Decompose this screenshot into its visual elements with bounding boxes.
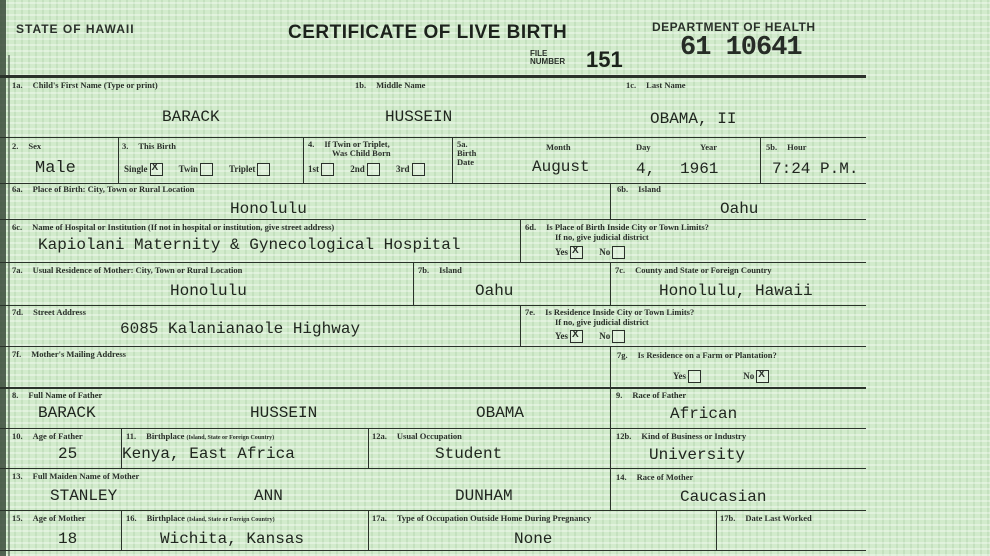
document-left-edge xyxy=(0,0,6,556)
father-business-industry: University xyxy=(649,446,745,464)
vrule-twin xyxy=(452,137,453,183)
file-label-line2: NUMBER xyxy=(530,58,565,66)
hospital-name: Kapiolani Maternity & Gynecological Hosp… xyxy=(38,236,460,254)
this-birth-options: Single Twin Triplet xyxy=(124,163,270,176)
father-birthplace: Kenya, East Africa xyxy=(122,445,295,463)
field-2-label: 2.Sex xyxy=(12,141,41,151)
option-2nd[interactable]: 2nd xyxy=(350,164,380,174)
option-no[interactable]: No xyxy=(599,247,625,257)
field-5a-label: 5a. Birth Date xyxy=(457,140,476,167)
month-label: Month xyxy=(546,142,571,152)
no-checkbox[interactable] xyxy=(756,370,769,383)
residence-in-city-options: Yes No xyxy=(555,330,625,343)
vrule-17a xyxy=(368,510,369,550)
row-rule-8 xyxy=(0,428,866,429)
field-10-label: 10.Age of Father xyxy=(12,431,83,441)
option-single[interactable]: Single xyxy=(124,164,163,174)
field-1a-label: 1a.Child's First Name (Type or print) xyxy=(12,80,158,90)
certificate-title: CERTIFICATE OF LIVE BIRTH xyxy=(288,22,567,44)
option-yes[interactable]: Yes xyxy=(555,247,583,257)
row-rule-7 xyxy=(0,387,866,389)
vrule-right-column xyxy=(610,389,611,510)
field-6c-label: 6c.Name of Hospital or Institution (If n… xyxy=(12,222,334,232)
first-checkbox[interactable] xyxy=(321,163,334,176)
field-12b-label: 12b.Kind of Business or Industry xyxy=(616,431,746,441)
yes-checkbox[interactable] xyxy=(688,370,701,383)
option-no[interactable]: No xyxy=(743,371,769,381)
no-checkbox[interactable] xyxy=(612,246,625,259)
mother-age: 18 xyxy=(58,530,77,548)
mother-race: Caucasian xyxy=(680,488,766,506)
state-heading: STATE OF HAWAII xyxy=(16,22,135,36)
field-6b-label: 6b.Island xyxy=(617,184,661,194)
mother-maiden-last-name: DUNHAM xyxy=(455,487,513,505)
mother-residence-island: Oahu xyxy=(475,282,513,300)
option-triplet[interactable]: Triplet xyxy=(229,164,270,174)
field-9-label: 9.Race of Father xyxy=(616,390,686,400)
field-7d-label: 7d.Street Address xyxy=(12,307,86,317)
sex-value: Male xyxy=(35,159,76,178)
child-middle-name: HUSSEIN xyxy=(385,108,452,126)
mother-residence-county-state: Honolulu, Hawaii xyxy=(659,282,813,300)
farm-options: Yes No xyxy=(673,370,769,383)
day-label: Day xyxy=(636,142,651,152)
triplet-checkbox[interactable] xyxy=(257,163,270,176)
row-rule-11 xyxy=(0,550,866,551)
field-7e-label: 7e.Is Residence Inside City or Town Limi… xyxy=(525,307,694,327)
vrule-12a xyxy=(368,428,369,468)
field-8-label: 8.Full Name of Father xyxy=(12,390,102,400)
field-3-label: 3.This Birth xyxy=(122,141,176,151)
row-rule-5 xyxy=(0,305,866,306)
vrule-7g xyxy=(610,346,611,388)
field-17a-label: 17a.Type of Occupation Outside Home Duri… xyxy=(372,513,591,523)
birth-city: Honolulu xyxy=(230,200,307,218)
street-address: 6085 Kalanianaole Highway xyxy=(120,320,360,338)
row-rule-10 xyxy=(0,510,866,511)
vrule-15 xyxy=(121,510,122,550)
field-7g-label: 7g.Is Residence on a Farm or Plantation? xyxy=(617,350,777,360)
single-checkbox[interactable] xyxy=(150,163,163,176)
field-14-label: 14.Race of Mother xyxy=(616,472,693,482)
year-label: Year xyxy=(700,142,717,152)
option-yes[interactable]: Yes xyxy=(555,331,583,341)
field-7b-label: 7b.Island xyxy=(418,265,462,275)
option-1st[interactable]: 1st xyxy=(308,164,334,174)
birth-in-city-options: Yes No xyxy=(555,246,625,259)
vrule-7b xyxy=(413,262,414,305)
vrule-7e xyxy=(520,305,521,346)
father-age: 25 xyxy=(58,445,77,463)
birth-island: Oahu xyxy=(720,200,758,218)
field-5b-label: 5b.Hour xyxy=(766,142,806,152)
field-15-label: 15.Age of Mother xyxy=(12,513,86,523)
mother-birthplace: Wichita, Kansas xyxy=(160,530,304,548)
twin-checkbox[interactable] xyxy=(200,163,213,176)
mother-first-name: STANLEY xyxy=(50,487,117,505)
vrule-hour xyxy=(760,137,761,183)
field-11-label: 11.Birthplace (Island, State or Foreign … xyxy=(126,431,274,441)
field-1b-label: 1b.Middle Name xyxy=(355,80,425,90)
file-number-label: FILE NUMBER xyxy=(530,50,565,66)
field-7a-label: 7a.Usual Residence of Mother: City, Town… xyxy=(12,265,242,275)
father-middle-name: HUSSEIN xyxy=(250,404,317,422)
vrule-7c xyxy=(610,262,611,305)
field-4-label: 4.If Twin or Triplet, Was Child Born xyxy=(308,140,391,158)
field-12a-label: 12a.Usual Occupation xyxy=(372,431,462,441)
father-last-name: OBAMA xyxy=(476,404,524,422)
row-rule-1 xyxy=(0,137,866,138)
mother-middle-name: ANN xyxy=(254,487,283,505)
option-3rd[interactable]: 3rd xyxy=(396,164,425,174)
child-last-name: OBAMA, II xyxy=(650,110,736,128)
no-checkbox[interactable] xyxy=(612,330,625,343)
birth-month: August xyxy=(532,158,590,176)
father-occupation: Student xyxy=(435,445,502,463)
option-twin[interactable]: Twin xyxy=(179,164,213,174)
file-number: 151 xyxy=(586,47,623,73)
field-7c-label: 7c.County and State or Foreign Country xyxy=(615,265,772,275)
second-checkbox[interactable] xyxy=(367,163,380,176)
twin-order-options: 1st 2nd 3rd xyxy=(308,163,425,176)
field-6d-label: 6d.Is Place of Birth Inside City or Town… xyxy=(525,222,709,242)
mother-residence-city: Honolulu xyxy=(170,282,247,300)
father-race: African xyxy=(670,405,737,423)
mother-occupation-pregnancy: None xyxy=(514,530,552,548)
yes-checkbox[interactable] xyxy=(570,246,583,259)
certificate-number: 61 10641 xyxy=(680,33,802,63)
vrule-island xyxy=(610,183,611,219)
yes-checkbox[interactable] xyxy=(570,330,583,343)
vrule-6d xyxy=(520,219,521,262)
third-checkbox[interactable] xyxy=(412,163,425,176)
field-6a-label: 6a.Place of Birth: City, Town or Rural L… xyxy=(12,184,194,194)
field-1c-label: 1c.Last Name xyxy=(626,80,686,90)
row-rule-3 xyxy=(0,219,866,220)
field-17b-label: 17b.Date Last Worked xyxy=(720,513,812,523)
row-rule-9 xyxy=(0,468,866,469)
birth-year: 1961 xyxy=(680,160,718,178)
vrule-thisbirth xyxy=(303,137,304,183)
row-rule-4 xyxy=(0,262,866,263)
child-first-name: BARACK xyxy=(162,108,220,126)
vrule-sex xyxy=(118,137,119,183)
birth-day: 4, xyxy=(636,160,655,178)
father-first-name: BARACK xyxy=(38,404,96,422)
header-rule xyxy=(0,75,866,78)
option-no[interactable]: No xyxy=(599,331,625,341)
field-16-label: 16.Birthplace (Island, State or Foreign … xyxy=(126,513,275,523)
row-rule-6 xyxy=(0,346,866,347)
field-7f-label: 7f.Mother's Mailing Address xyxy=(12,349,126,359)
birth-hour: 7:24 P.M. xyxy=(772,160,858,178)
vrule-17b xyxy=(716,510,717,550)
department-heading: DEPARTMENT OF HEALTH xyxy=(652,20,816,34)
field-13-label: 13.Full Maiden Name of Mother xyxy=(12,471,139,481)
option-yes[interactable]: Yes xyxy=(673,371,701,381)
